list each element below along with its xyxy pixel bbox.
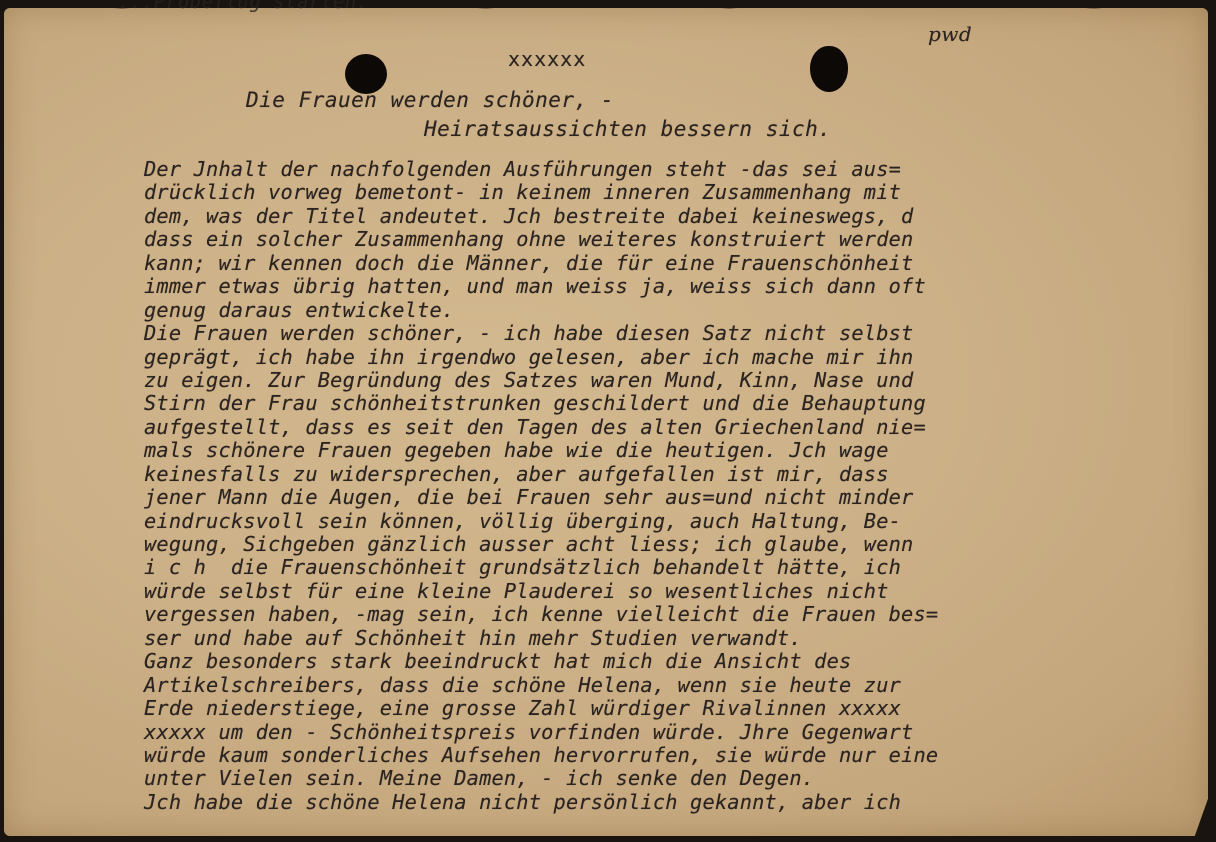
body-line: immer etwas übrig hatten, und man weiss … — [144, 275, 1154, 298]
body-line: drücklich vorweg bemetont- in keinem inn… — [144, 181, 1154, 204]
body-line: Erde niederstiege, eine grosse Zahl würd… — [144, 697, 1154, 720]
cutoff-previous-line: ...Probeflug starten. — [118, 0, 369, 13]
body-line: genug daraus entwickelte. — [144, 299, 1154, 322]
body-text: Der Jnhalt der nachfolgenden Ausführunge… — [144, 158, 1154, 814]
body-line: unter Vielen sein. Meine Damen, - ich se… — [144, 767, 1154, 790]
scanned-page: ...Probeflug starten. pwd xxxxxx Die Fra… — [0, 0, 1216, 842]
body-line: Jch habe die schöne Helena nicht persönl… — [144, 791, 1154, 814]
body-line: eindrucksvoll sein können, völlig übergi… — [144, 510, 1154, 533]
body-line: zu eigen. Zur Begründung des Satzes ware… — [144, 369, 1154, 392]
body-line: dem, was der Titel andeutet. Jch bestrei… — [144, 205, 1154, 228]
body-line: xxxxx um den - Schönheitspreis vorfinden… — [144, 721, 1154, 744]
body-line: Artikelschreibers, dass die schöne Helen… — [144, 674, 1154, 697]
body-line: i c h die Frauenschönheit grundsätzlich … — [144, 556, 1154, 579]
punch-hole-right — [810, 46, 848, 92]
body-line: Die Frauen werden schöner, - ich habe di… — [144, 322, 1154, 345]
body-line: jener Mann die Augen, die bei Frauen seh… — [144, 486, 1154, 509]
author-initials: pwd — [928, 22, 972, 46]
body-line: wegung, Sichgeben gänzlich ausser acht l… — [144, 533, 1154, 556]
body-line: würde kaum sonderliches Aufsehen hervorr… — [144, 744, 1154, 767]
body-line: Stirn der Frau schönheitstrunken geschil… — [144, 392, 1154, 415]
title-line-1: Die Frauen werden schöner, - — [246, 88, 614, 112]
body-line: aufgestellt, dass es seit den Tagen des … — [144, 416, 1154, 439]
body-line: ser und habe auf Schönheit hin mehr Stud… — [144, 627, 1154, 650]
body-line: würde selbst für eine kleine Plauderei s… — [144, 580, 1154, 603]
body-line: Ganz besonders stark beeindruckt hat mic… — [144, 650, 1154, 673]
body-line: Der Jnhalt der nachfolgenden Ausführunge… — [144, 158, 1154, 181]
body-line: dass ein solcher Zusammenhang ohne weite… — [144, 228, 1154, 251]
body-line: mals schönere Frauen gegeben habe wie di… — [144, 439, 1154, 462]
title-line-2: Heiratsaussichten bessern sich. — [424, 117, 831, 141]
body-line: geprägt, ich habe ihn irgendwo gelesen, … — [144, 346, 1154, 369]
separator-mark: xxxxxx — [508, 47, 586, 71]
body-line: kann; wir kennen doch die Männer, die fü… — [144, 252, 1154, 275]
body-line: vergessen haben, -mag sein, ich kenne vi… — [144, 603, 1154, 626]
body-line: keinesfalls zu widersprechen, aber aufge… — [144, 463, 1154, 486]
